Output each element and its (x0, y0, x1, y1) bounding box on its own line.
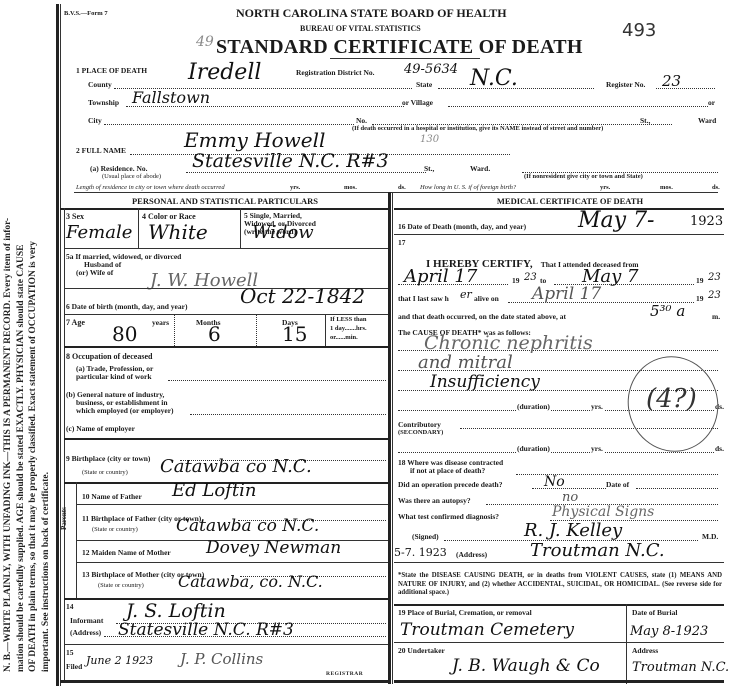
duration-label-2: (duration) (516, 444, 551, 453)
city-no-label: No. (356, 116, 367, 125)
date-of-label: Date of (606, 480, 629, 489)
residence-label: (a) Residence. No. (90, 164, 148, 173)
foreign-mos-label: mos. (660, 184, 673, 191)
signed-label: (Signed) (412, 532, 439, 541)
burial-mid-rule (394, 642, 724, 643)
m-label: m. (712, 312, 720, 321)
burial-top-rule (394, 604, 724, 606)
circle-mark-text: (4?) (646, 384, 697, 414)
last-saw-her[interactable]: er (460, 288, 472, 301)
margin-line-2: mation should be carefully supplied. AGE… (15, 12, 28, 672)
village-line (448, 106, 708, 107)
bureau-title: BUREAU OF VITAL STATISTICS (300, 24, 421, 33)
physician-address[interactable]: Troutman N.C. (530, 540, 665, 561)
burial-date-label: Date of Burial (632, 608, 677, 617)
township-value[interactable]: Fallstown (132, 88, 210, 107)
operation-value[interactable]: No (544, 474, 565, 490)
med-rule-2 (394, 562, 724, 563)
parents-divider (76, 482, 77, 600)
color-marital-divider (240, 208, 241, 248)
mother-label: 12 Maiden Name of Mother (82, 548, 171, 557)
undertaker-label: 20 Undertaker (398, 646, 445, 655)
register-value[interactable]: 23 (662, 72, 681, 90)
item-17: 17 (398, 238, 406, 247)
margin-instructions: N. B.—WRITE PLAINLY, WITH UNFADING INK—T… (2, 12, 54, 672)
age-divider-1 (174, 314, 175, 346)
age-label: 7 Age (66, 318, 85, 327)
residence-st-label: St., (424, 164, 434, 173)
less-label-3: or......min. (330, 334, 358, 341)
filed-num: 15 (66, 648, 74, 657)
row-rule-10 (64, 598, 388, 600)
duration-yrs-1: yrs. (590, 402, 604, 411)
burial-divider (626, 604, 627, 684)
operation-label: Did an operation precede death? (398, 480, 502, 489)
secondary-label: (SECONDARY) (398, 429, 443, 436)
occ-a-line (168, 380, 386, 381)
hospital-note: (If death occurred in a hospital or inst… (352, 125, 603, 132)
mother-value[interactable]: Dovey Newman (206, 538, 341, 558)
res-mos-label: mos. (344, 184, 357, 191)
or-label: or (708, 98, 715, 107)
certificate-number: 493 (622, 20, 656, 41)
parents-label: Parents (60, 507, 68, 530)
dod-year[interactable]: 1923 (690, 214, 723, 229)
city-st-label: St., (640, 116, 650, 125)
test-label: What test confirmed diagnosis? (398, 512, 499, 521)
medical-bottom-rule (394, 680, 724, 683)
autopsy-value[interactable]: no (562, 490, 578, 505)
attended-to-year[interactable]: 23 (708, 272, 721, 283)
registrar-signature[interactable]: J. P. Collins (180, 650, 263, 668)
occ-a-label-2: particular kind of work (76, 372, 152, 381)
duration-yrs-2: yrs. (590, 444, 604, 453)
row-rule-9 (76, 562, 388, 563)
township-label: Township (88, 98, 119, 107)
physician-signature[interactable]: R. J. Kelley (524, 520, 622, 541)
row-rule-3 (64, 314, 388, 315)
md-label: M.D. (702, 532, 718, 541)
age-years-label: years (152, 318, 169, 327)
color-value[interactable]: White (148, 220, 208, 244)
date-of-line (636, 488, 718, 489)
residence-value[interactable]: Statesville N.C. R#3 (192, 150, 389, 172)
occ-c-label: (c) Name of employer (66, 424, 135, 433)
medical-top-rule (394, 208, 724, 210)
left-border-inner (60, 4, 61, 686)
age-years-value[interactable]: 80 (112, 322, 137, 346)
city-label: City (88, 116, 102, 125)
row-rule-4 (64, 346, 388, 348)
place-of-death-label: 1 PLACE OF DEATH (76, 66, 147, 75)
father-label: 10 Name of Father (82, 492, 142, 501)
title-underline (330, 58, 480, 59)
cause-text-3[interactable]: Insufficiency (430, 372, 540, 392)
city-ward-label: Ward (698, 116, 716, 125)
margin-line-4: important. See instructions on back of c… (40, 12, 53, 672)
res-yrs-label: yrs. (290, 184, 300, 191)
occ-b-line (190, 414, 386, 415)
county-label: County (88, 80, 112, 89)
sex-label: 3 Sex (66, 212, 84, 221)
state-label: State (416, 80, 432, 89)
row-rule-5 (64, 438, 388, 440)
father-bp-state-label: (State or country) (92, 526, 138, 533)
from-year-prefix: 19 (512, 276, 520, 285)
undertaker-value[interactable]: J. B. Waugh & Co (452, 656, 600, 676)
last-saw-year[interactable]: 23 (708, 290, 721, 301)
sex-value[interactable]: Female (66, 222, 132, 243)
full-name-label: 2 FULL NAME (76, 146, 126, 155)
dob-label: 6 Date of birth (month, day, and year) (66, 302, 187, 311)
duration-ds-2: ds. (714, 444, 725, 453)
full-name-value[interactable]: Emmy Howell (184, 128, 325, 152)
pencil-note-49: 49 (196, 34, 214, 50)
occ-b-label-3: which employed (or employer) (76, 406, 174, 415)
occurred-label: and that death occurred, on the date sta… (398, 312, 566, 321)
duration-line-2 (398, 452, 718, 453)
last-saw-date[interactable]: April 17 (532, 284, 601, 304)
physician-address-label: (Address) (456, 550, 487, 559)
district-label: Registration District No. (296, 68, 375, 77)
center-divider (388, 192, 391, 684)
form-id: B.V.S.—Form 7 (64, 10, 108, 17)
burial-place[interactable]: Troutman Cemetery (400, 620, 574, 640)
age-months-value[interactable]: 6 (208, 322, 221, 346)
attended-from-year[interactable]: 23 (524, 272, 537, 283)
residence-ward-label: Ward. (470, 164, 490, 173)
time-of-death[interactable]: 5³⁰ a (650, 302, 685, 320)
autopsy-label: Was there an autopsy? (398, 496, 471, 505)
contributory-label: Contributory (398, 420, 441, 429)
father-bp-value[interactable]: Catawba co N.C. (176, 516, 319, 536)
burial-date[interactable]: May 8-1923 (630, 624, 708, 639)
residence-bottom-rule (74, 192, 718, 193)
cause-text-1[interactable]: Chronic nephritis (424, 332, 593, 354)
medical-section-title: MEDICAL CERTIFICATE OF DEATH (420, 196, 720, 206)
undertaker-address[interactable]: Troutman N.C. (632, 660, 729, 675)
cause-text-2[interactable]: and mitral (418, 352, 513, 373)
contracted-label-2: if not at place of death? (410, 466, 485, 475)
informant-label: Informant (70, 616, 103, 625)
age-days-value[interactable]: 15 (282, 322, 307, 346)
birthplace-label: 9 Birthplace (city or town) (66, 454, 150, 463)
filed-label: Filed (66, 662, 82, 671)
row-rule-7 (76, 504, 388, 505)
registrar-label: REGISTRAR (326, 671, 363, 677)
birthplace-value[interactable]: Catawba co N.C. (160, 456, 312, 477)
county-value[interactable]: Iredell (188, 60, 261, 85)
informant-address-value[interactable]: Statesville N.C. R#3 (118, 620, 294, 640)
dod-value[interactable]: May 7- (578, 208, 655, 233)
father-value[interactable]: Ed Loftin (172, 480, 256, 501)
dod-label: 16 Date of Death (month, day, and year) (398, 222, 526, 231)
last-saw-label: that I last saw h (398, 294, 449, 303)
age-divider-3 (325, 314, 326, 346)
res-ds-label: ds. (398, 184, 406, 191)
nonresident-note: (If nonresident give city or town and St… (524, 173, 643, 180)
duration-label-1: (duration) (516, 402, 551, 411)
pencil-note-130: 130 (420, 134, 439, 145)
age-divider-2 (256, 314, 257, 346)
dob-value[interactable]: Oct 22-1842 (240, 284, 365, 308)
state-value[interactable]: N.C. (470, 66, 518, 91)
length-of-residence-label: Length of residence in city or town wher… (76, 184, 225, 191)
informant-address-label: (Address) (70, 628, 101, 637)
village-label: or Village (402, 98, 433, 107)
attended-from[interactable]: April 17 (404, 266, 477, 287)
personal-top-rule (60, 208, 390, 210)
mother-bp-state-label: (State or country) (98, 582, 144, 589)
district-value[interactable]: 49-5634 (404, 62, 458, 77)
foreign-birth-label: How long in U. S. if of foreign birth? (420, 184, 516, 191)
birthplace-state-label: (State or country) (82, 469, 128, 476)
last-saw-year-prefix: 19 (696, 294, 704, 303)
undertaker-address-label: Address (632, 646, 658, 655)
residence-line (186, 172, 426, 173)
mother-bp-value[interactable]: Catawba, co. N.C. (178, 572, 323, 591)
margin-line-1: N. B.—WRITE PLAINLY, WITH UNFADING INK—T… (2, 12, 15, 672)
certificate-title: STANDARD CERTIFICATE OF DEATH (216, 36, 583, 59)
to-year-prefix: 19 (696, 276, 704, 285)
personal-left-border (64, 208, 65, 682)
city-line (104, 124, 354, 125)
test-value[interactable]: Physical Signs (552, 504, 654, 520)
less-label-1: If LESS than (330, 316, 367, 323)
sex-color-divider (138, 208, 139, 248)
foreign-ds-label: ds. (712, 184, 720, 191)
cause-footnote: *State the DISEASE CAUSING DEATH, or in … (398, 572, 722, 598)
filed-date[interactable]: June 2 1923 (86, 654, 153, 667)
informant-num: 14 (66, 602, 74, 611)
row-rule-1 (64, 248, 388, 249)
alive-on-label: alive on (474, 294, 499, 303)
foreign-yrs-label: yrs. (600, 184, 610, 191)
personal-section-title: PERSONAL AND STATISTICAL PARTICULARS (90, 196, 360, 206)
center-divider-inner (392, 192, 393, 684)
margin-line-3: OF DEATH in plain terms, so that it may … (27, 12, 40, 672)
less-label-2: 1 day.......hrs. (330, 325, 367, 332)
personal-bottom-rule (60, 680, 390, 683)
marital-value[interactable]: Widow (252, 222, 314, 243)
residence-sublabel: (Usual place of abode) (102, 173, 161, 180)
burial-place-label: 19 Place of Burial, Cremation, or remova… (398, 608, 532, 617)
left-border (56, 4, 59, 686)
row-rule-11 (64, 644, 388, 645)
med-rule-1 (394, 234, 724, 235)
spouse-label-3: (or) Wife of (76, 268, 113, 277)
occupation-label: 8 Occupation of deceased (66, 352, 152, 361)
signed-date[interactable]: 5-7. 1923 (394, 546, 447, 559)
register-label: Register No. (606, 80, 645, 89)
informant-value[interactable]: J. S. Loftin (126, 600, 226, 622)
agency-title: NORTH CAROLINA STATE BOARD OF HEALTH (236, 6, 507, 21)
